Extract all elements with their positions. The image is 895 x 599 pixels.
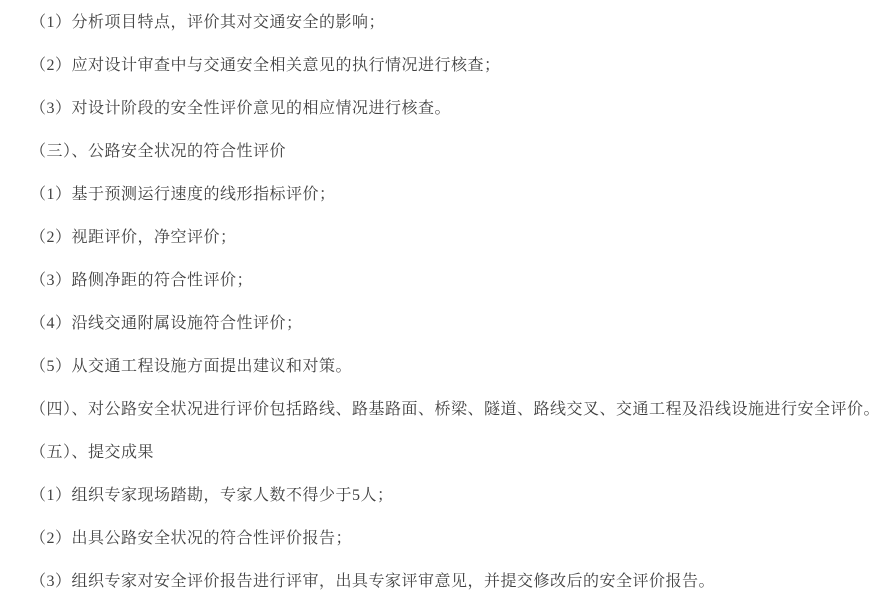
document-line: （2）视距评价，净空评价； bbox=[30, 216, 891, 259]
document-line: （3）组织专家对安全评价报告进行评审，出具专家评审意见，并提交修改后的安全评价报… bbox=[30, 560, 891, 599]
document-page: （1）分析项目特点，评价其对交通安全的影响； （2）应对设计审查中与交通安全相关… bbox=[0, 0, 895, 599]
document-line: （2）出具公路安全状况的符合性评价报告； bbox=[30, 517, 891, 560]
document-line: （5）从交通工程设施方面提出建议和对策。 bbox=[30, 345, 891, 388]
document-line: （1）基于预测运行速度的线形指标评价； bbox=[30, 173, 891, 216]
document-line: （4）沿线交通附属设施符合性评价； bbox=[30, 302, 891, 345]
document-line: （1）分析项目特点，评价其对交通安全的影响； bbox=[30, 1, 891, 44]
document-section-heading: （五）、提交成果 bbox=[30, 431, 891, 474]
document-line: （3）路侧净距的符合性评价； bbox=[30, 259, 891, 302]
document-line: （3）对设计阶段的安全性评价意见的相应情况进行核查。 bbox=[30, 87, 891, 130]
document-section-heading: （三）、公路安全状况的符合性评价 bbox=[30, 130, 891, 173]
document-section-heading: （四）、对公路安全状况进行评价包括路线、路基路面、桥梁、隧道、路线交叉、交通工程… bbox=[30, 388, 891, 431]
document-line: （2）应对设计审查中与交通安全相关意见的执行情况进行核查； bbox=[30, 44, 891, 87]
document-line: （1）组织专家现场踏勘，专家人数不得少于5人； bbox=[30, 474, 891, 517]
